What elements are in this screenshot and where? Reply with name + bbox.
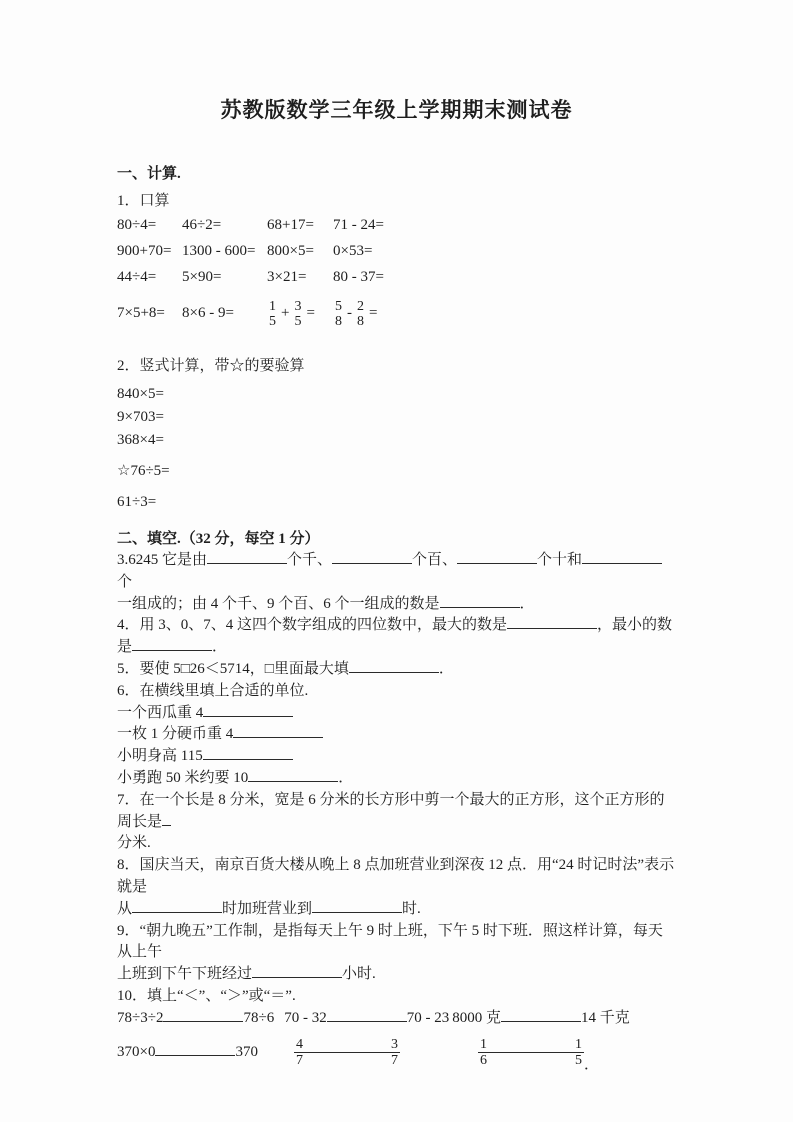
q3-text: 个	[117, 574, 132, 590]
q9-line2: 上班到下午下班经过小时.	[117, 964, 676, 986]
fill-blank	[582, 560, 662, 564]
fill-blank	[507, 625, 597, 629]
q4-text: 4．用 3、0、7、4 这四个数字组成的四位数中，最大的数是	[117, 617, 507, 633]
oral-problem-fraction: 1 5 + 3 5 =	[267, 298, 333, 329]
q6-item-coin: 一枚 1 分硬币重 4	[117, 724, 676, 746]
fraction: 1 5	[267, 299, 278, 329]
sentence-period: ．	[584, 1056, 599, 1074]
oral-row: 900+70= 1300 - 600= 800×5= 0×53=	[117, 238, 676, 264]
q8-line1: 8．国庆当天，南京百货大楼从晚上 8 点加班营业到深夜 12 点．用“24 时记…	[117, 855, 676, 899]
fill-blank	[252, 974, 342, 978]
oral-problem: 900+70=	[117, 238, 182, 264]
compare-group: 78÷3÷278÷6	[117, 1008, 274, 1030]
fraction-numerator: 3	[292, 299, 303, 314]
q5-line: 5．要使 5□26＜5714，□里面最大填．	[117, 659, 676, 681]
compare-group: 370×0370	[117, 1044, 258, 1061]
q10-compare-row2: 370×0370 4 7 3 7 1 6 1 5 ．	[117, 1032, 676, 1074]
compare-term: 370	[235, 1044, 258, 1060]
compare-group: 70 - 3270 - 23	[284, 1008, 449, 1030]
oral-problem-fraction: 5 8 - 2 8 =	[333, 298, 676, 329]
oral-problem: 44÷4=	[117, 264, 182, 290]
oral-row-fractions: 7×5+8= 8×6 - 9= 1 5 + 3 5 = 5 8	[117, 293, 676, 333]
oral-problem: 8×6 - 9=	[182, 293, 267, 333]
q6-item-watermelon: 一个西瓜重 4	[117, 703, 676, 725]
fill-blank	[501, 1018, 581, 1022]
oral-problem: 1300 - 600=	[182, 238, 267, 264]
vertical-calc-item: 840×5=	[117, 383, 676, 405]
fill-blank	[332, 560, 412, 564]
oral-problem: 5×90=	[182, 264, 267, 290]
fraction-denominator: 5	[292, 314, 303, 329]
operator: -	[347, 305, 352, 322]
fill-blank	[233, 734, 323, 738]
fill-blank	[327, 1018, 407, 1022]
oral-problem: 80 - 37=	[333, 264, 676, 290]
fill-blank-line	[489, 1052, 573, 1053]
q1-label: 1．口算	[117, 190, 676, 212]
fill-blank	[457, 560, 537, 564]
q10-compare-row1: 78÷3÷278÷6 70 - 3270 - 23 8000 克14 千克	[117, 1008, 676, 1030]
oral-problem: 46÷2=	[182, 212, 267, 238]
q7-line2: 分米.	[117, 833, 676, 855]
q3-text: 个千、	[287, 552, 332, 568]
q3-line1: 3.6245 它是由个千、个百、个十和个	[117, 550, 676, 594]
equals-sign: =	[369, 305, 377, 322]
fraction-compare-group: 4 7 3 7	[294, 1037, 400, 1068]
q6-item-height: 小明身高 115	[117, 746, 676, 768]
fraction-expression: 5 8 - 2 8 =	[333, 299, 377, 329]
vertical-calc-item: 368×4=	[117, 429, 676, 451]
fraction-denominator: 7	[294, 1053, 305, 1068]
compare-term: 14 千克	[581, 1010, 630, 1026]
fraction: 3 5	[292, 299, 303, 329]
q5-text: 5．要使 5□26＜5714，□里面最大填	[117, 661, 349, 677]
fill-blank	[132, 647, 212, 651]
fraction: 3 7	[389, 1037, 400, 1068]
section-fill-heading: 二、填空.（32 分，每空 1 分）	[117, 528, 676, 550]
oral-problem: 80÷4=	[117, 212, 182, 238]
q9-line1: 9．“朝九晚五”工作制，是指每天上午 9 时上班，下午 5 时下班．照这样计算，…	[117, 921, 676, 965]
fill-blank	[207, 560, 287, 564]
q3-line2: 一组成的；由 4 个千、9 个百、6 个一组成的数是．	[117, 594, 676, 616]
fraction-numerator: 1	[573, 1037, 584, 1053]
oral-problem: 3×21=	[267, 264, 333, 290]
fill-blank	[203, 713, 293, 717]
fraction-denominator: 5	[573, 1053, 584, 1068]
fill-blank	[132, 909, 222, 913]
q9-text: 小时.	[342, 966, 376, 982]
oral-problem: 68+17=	[267, 212, 333, 238]
oral-problem: 7×5+8=	[117, 293, 182, 333]
fraction-denominator: 8	[355, 314, 366, 329]
q8-line2: 从时加班营业到时.	[117, 899, 676, 921]
oral-row: 80÷4= 46÷2= 68+17= 71 - 24=	[117, 212, 676, 238]
fraction-numerator: 1	[478, 1037, 489, 1053]
page-title: 苏教版数学三年级上学期期末测试卷	[117, 95, 676, 125]
vertical-calc-item: ☆76÷5=	[117, 460, 676, 482]
q4-text: ，最小的数	[597, 617, 672, 633]
fill-blank	[312, 909, 402, 913]
q5-text: ．	[439, 661, 454, 677]
fraction-denominator: 7	[389, 1053, 400, 1068]
fraction-compare-group: 1 6 1 5	[478, 1037, 584, 1068]
q4-text: 是	[117, 639, 132, 655]
fill-blank	[349, 669, 439, 673]
q6-label: 6．在横线里填上合适的单位.	[117, 681, 676, 703]
compare-group: 8000 克14 千克	[452, 1008, 630, 1030]
q8-text: 时加班营业到	[222, 901, 312, 917]
fill-blank	[440, 604, 520, 608]
q6-item-run: 小勇跑 50 米约要 10．	[117, 768, 676, 790]
q3-text: 个十和	[537, 552, 582, 568]
q4-line1: 4．用 3、0、7、4 这四个数字组成的四位数中，最大的数是，最小的数	[117, 615, 676, 637]
compare-term: 70 - 32	[284, 1010, 327, 1026]
fraction: 5 8	[333, 299, 344, 329]
compare-term: 78÷6	[243, 1010, 274, 1026]
equals-sign: =	[306, 305, 314, 322]
section-calc-heading: 一、计算.	[117, 163, 676, 185]
fraction-numerator: 3	[389, 1037, 400, 1053]
q6-text: 小明身高 115	[117, 748, 203, 764]
fill-blank	[162, 822, 171, 826]
q7-line1: 7．在一个长是 8 分米，宽是 6 分米的长方形中剪一个最大的正方形，这个正方形…	[117, 790, 676, 834]
compare-term: 370×0	[117, 1044, 155, 1060]
fill-blank-line	[305, 1052, 389, 1053]
fraction: 2 8	[355, 299, 366, 329]
fraction-denominator: 6	[478, 1053, 489, 1068]
fill-blank	[203, 756, 293, 760]
q3-text: 个百、	[412, 552, 457, 568]
fraction-numerator: 1	[267, 299, 278, 314]
q6-text: 小勇跑 50 米约要 10	[117, 770, 248, 786]
q3-text: 3.6245 它是由	[117, 552, 207, 568]
compare-term: 78÷3÷2	[117, 1010, 163, 1026]
q4-text: ．	[212, 639, 227, 655]
oral-problem: 71 - 24=	[333, 212, 676, 238]
compare-term: 70 - 23	[407, 1010, 450, 1026]
q3-text: 一组成的；由 4 个千、9 个百、6 个一组成的数是	[117, 596, 440, 612]
fraction: 1 5	[573, 1037, 584, 1068]
q2-label: 2．竖式计算，带☆的要验算	[117, 355, 676, 377]
fraction-expression: 1 5 + 3 5 =	[267, 299, 315, 329]
fraction-denominator: 5	[267, 314, 278, 329]
oral-problem: 800×5=	[267, 238, 333, 264]
q8-text: 从	[117, 901, 132, 917]
q8-text: 时.	[402, 901, 421, 917]
operator: +	[281, 305, 289, 322]
vertical-calc-item: 61÷3=	[117, 491, 676, 513]
compare-term: 8000 克	[452, 1010, 501, 1026]
q6-text: 一个西瓜重 4	[117, 705, 203, 721]
fraction-numerator: 2	[355, 299, 366, 314]
fraction: 1 6	[478, 1037, 489, 1068]
q9-text: 上班到下午下班经过	[117, 966, 252, 982]
oral-row: 44÷4= 5×90= 3×21= 80 - 37=	[117, 264, 676, 290]
fill-blank	[248, 778, 338, 782]
fill-blank	[163, 1018, 243, 1022]
fraction-denominator: 8	[333, 314, 344, 329]
fraction-numerator: 5	[333, 299, 344, 314]
fill-blank	[155, 1052, 235, 1056]
q6-text: ．	[338, 770, 353, 786]
q7-text: 7．在一个长是 8 分米，宽是 6 分米的长方形中剪一个最大的正方形，这个正方形…	[117, 792, 665, 830]
vertical-calc-item: 9×703=	[117, 406, 676, 428]
q10-label: 10．填上“＜”、“＞”或“＝”.	[117, 986, 676, 1008]
fraction-numerator: 4	[294, 1037, 305, 1053]
q3-text: ．	[520, 596, 535, 612]
fraction: 4 7	[294, 1037, 305, 1068]
q4-line2: 是．	[117, 637, 676, 659]
test-paper-page: 苏教版数学三年级上学期期末测试卷 一、计算. 1．口算 80÷4= 46÷2= …	[0, 0, 793, 1122]
oral-problem: 0×53=	[333, 238, 676, 264]
q6-text: 一枚 1 分硬币重 4	[117, 726, 233, 742]
